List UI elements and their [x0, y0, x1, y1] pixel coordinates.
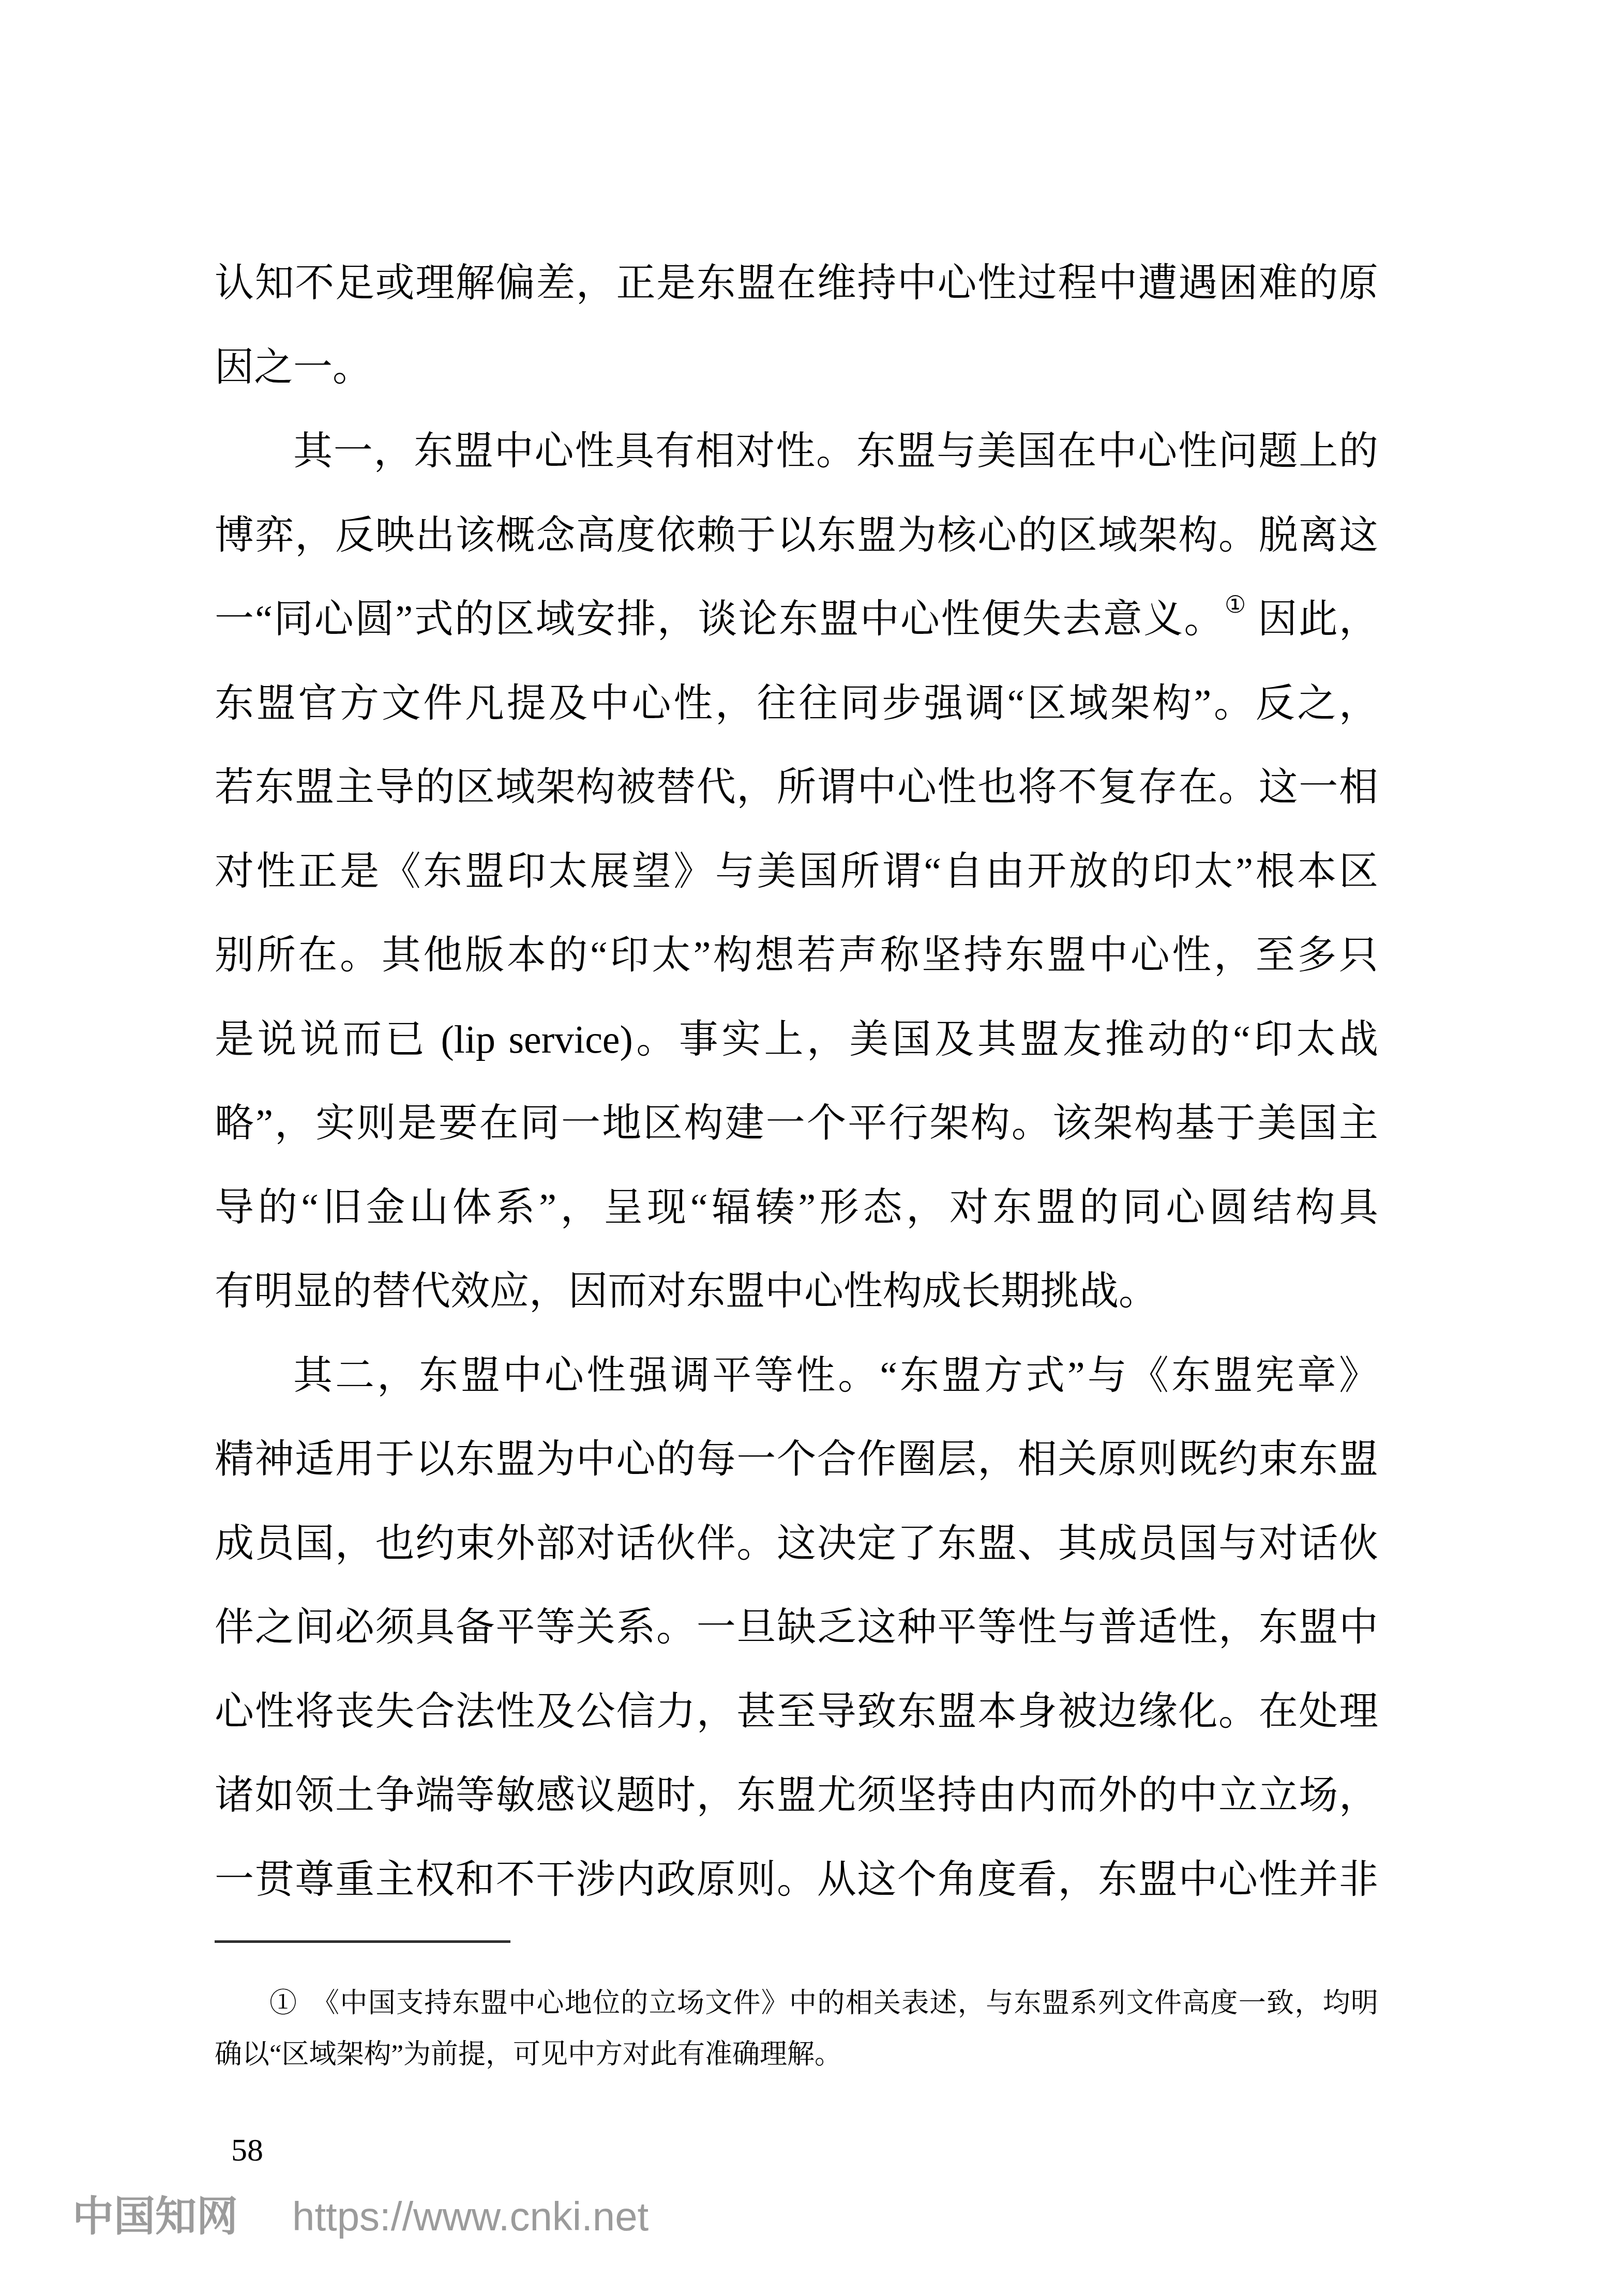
body-line: 若东盟主导的区域架构被替代，所谓中心性也将不复存在。这一相 [215, 746, 1378, 830]
page-number: 58 [231, 2134, 263, 2166]
article-body: 认知不足或理解偏差，正是东盟在维持中心性过程中遭遇困难的原 因之一。 其一，东盟… [215, 241, 1378, 1922]
document-page: 认知不足或理解偏差，正是东盟在维持中心性过程中遭遇困难的原 因之一。 其一，东盟… [0, 0, 1613, 2296]
footnote: ① 《中国支持东盟中心地位的立场文件》中的相关表述，与东盟系列文件高度一致，均明… [215, 1978, 1378, 2080]
body-line: 一贯尊重主权和不干涉内政原则。从这个角度看，东盟中心性并非 [215, 1838, 1378, 1922]
body-line: 诸如领土争端等敏感议题时，东盟尤须坚持由内而外的中立立场， [215, 1754, 1378, 1838]
body-line: 有明显的替代效应，因而对东盟中心性构成长期挑战。 [215, 1250, 1378, 1334]
body-line: 导的“旧金山体系”，呈现“辐辏”形态，对东盟的同心圆结构具 [215, 1166, 1378, 1250]
body-line: 一“同心圆”式的区域安排，谈论东盟中心性便失去意义。①因此， [215, 577, 1378, 662]
body-line: 是说说而已 (lip service)。事实上，美国及其盟友推动的“印太战 [215, 998, 1378, 1082]
body-line: 东盟官方文件凡提及中心性，往往同步强调“区域架构”。反之， [215, 662, 1378, 746]
body-line: 其一，东盟中心性具有相对性。东盟与美国在中心性问题上的 [215, 409, 1378, 494]
body-line: 博弈，反映出该概念高度依赖于以东盟为核心的区域架构。脱离这 [215, 494, 1378, 578]
cnki-watermark-url: https://www.cnki.net [292, 2188, 649, 2245]
cnki-logo-text: 中国知网 [72, 2188, 238, 2245]
body-line: 成员国，也约束外部对话伙伴。这决定了东盟、其成员国与对话伙 [215, 1502, 1378, 1586]
cnki-watermark: 中国知网 https://www.cnki.net [72, 2188, 649, 2245]
body-line: 伴之间必须具备平等关系。一旦缺乏这种平等性与普适性，东盟中 [215, 1586, 1378, 1670]
body-line: 心性将丧失合法性及公信力，甚至导致东盟本身被边缘化。在处理 [215, 1670, 1378, 1754]
footnote-line: 确以“区域架构”为前提，可见中方对此有准确理解。 [215, 2029, 1378, 2080]
body-line: 因之一。 [215, 326, 1378, 410]
footnote-separator [215, 1940, 510, 1943]
body-line-text: 因此， [1258, 598, 1378, 641]
body-line: 对性正是《东盟印太展望》与美国所谓“自由开放的印太”根本区 [215, 830, 1378, 914]
body-line: 略”，实则是要在同一地区构建一个平行架构。该架构基于美国主 [215, 1082, 1378, 1166]
footnote-line: ① 《中国支持东盟中心地位的立场文件》中的相关表述，与东盟系列文件高度一致，均明 [215, 1978, 1378, 2029]
body-line: 别所在。其他版本的“印太”构想若声称坚持东盟中心性，至多只 [215, 914, 1378, 998]
body-line-text: 一“同心圆”式的区域安排，谈论东盟中心性便失去意义。 [215, 598, 1225, 641]
body-line: 认知不足或理解偏差，正是东盟在维持中心性过程中遭遇困难的原 [215, 241, 1378, 326]
body-line: 精神适用于以东盟为中心的每一个合作圈层，相关原则既约束东盟 [215, 1418, 1378, 1502]
footnote-reference-superscript: ① [1225, 591, 1247, 618]
body-line: 其二，东盟中心性强调平等性。“东盟方式”与《东盟宪章》 [215, 1334, 1378, 1418]
